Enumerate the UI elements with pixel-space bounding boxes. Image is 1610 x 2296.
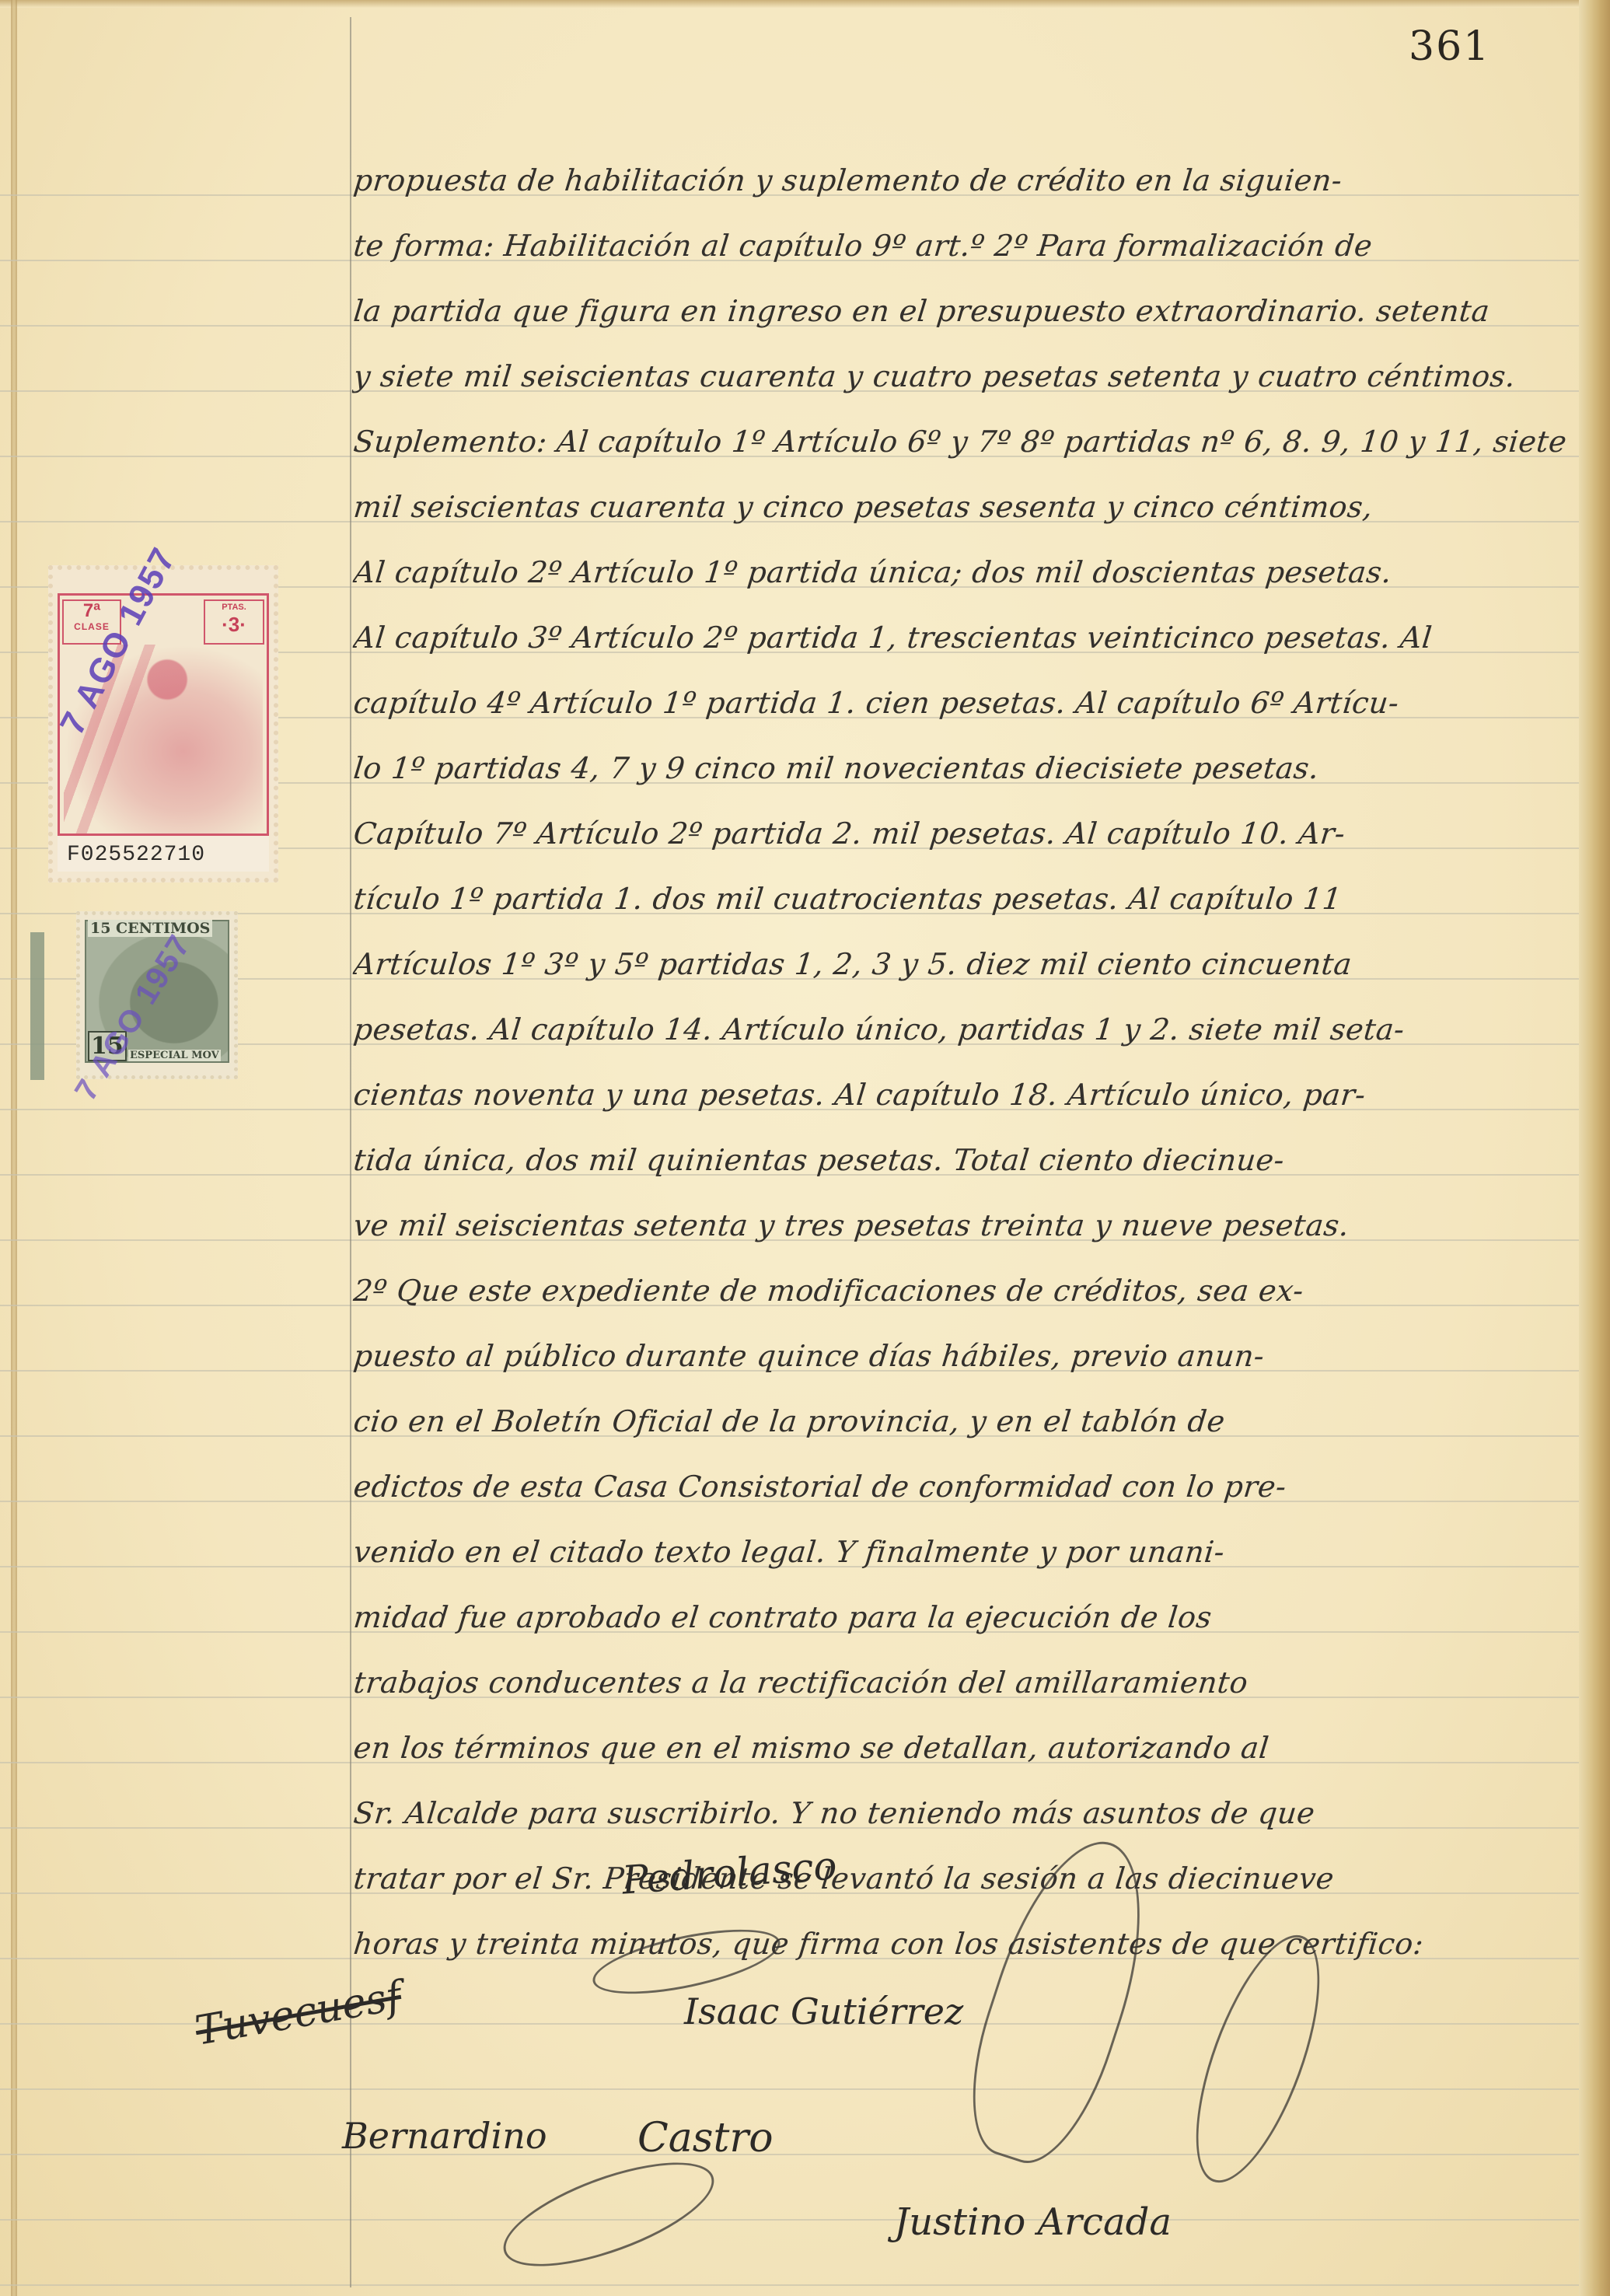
text-line: capítulo 4º Artículo 1º partida 1. cien … [351,670,1570,736]
text-line: trabajos conducentes a la rectificación … [351,1650,1570,1715]
stamp-stub [30,932,44,1080]
text-line: midad fue aprobado el contrato para la e… [351,1585,1570,1650]
signature: Castro [637,2115,774,2161]
binding-edge [11,0,17,2296]
handwritten-minutes: propuesta de habilitación y suplemento d… [354,148,1566,1976]
text-line: pesetas. Al capítulo 14. Artículo único,… [351,997,1570,1062]
signature-flourish [491,2141,726,2287]
text-line: Al capítulo 3º Artículo 2º partida 1, tr… [351,605,1570,670]
ruled-line [0,2154,1579,2155]
text-line: mil seiscientas cuarenta y cinco pesetas… [351,474,1570,540]
text-line: tratar por el Sr. Presidente se levantó … [351,1846,1570,1911]
text-line: la partida que figura en ingreso en el p… [351,278,1570,344]
text-line: Artículos 1º 3º y 5º partidas 1, 2, 3 y … [351,931,1570,997]
page-edge [1579,0,1610,2296]
text-line: cientas noventa y una pesetas. Al capítu… [351,1062,1570,1127]
text-line: edictos de esta Casa Consistorial de con… [351,1454,1570,1519]
stamp-serial: F025522710 [67,843,205,867]
stamp-value: ·3· [205,613,263,635]
signature: Bernardino [342,2115,547,2157]
text-line: propuesta de habilitación y suplemento d… [351,148,1570,213]
text-line: puesto al público durante quince días há… [351,1323,1570,1389]
stamp-currency-label: PTAS. [205,601,263,613]
text-line: ve mil seiscientas setenta y tres peseta… [351,1193,1570,1258]
text-line: y siete mil seiscientas cuarenta y cuatr… [351,344,1570,409]
text-line: 2º Que este expediente de modificaciones… [351,1258,1570,1323]
signature: Tuvecuesf [192,1973,405,2055]
page-number: 361 [1409,23,1490,70]
page-top-edge [0,0,1610,8]
text-line: horas y treinta minutos, que firma con l… [351,1911,1570,1976]
stamp-bottom-label: ESPECIAL MOV [128,1050,221,1061]
signature: Justino Arcada [894,2200,1172,2244]
text-line: venido en el citado texto legal. Y final… [351,1519,1570,1585]
text-line: Sr. Alcalde para suscribirlo. Y no tenie… [351,1781,1570,1846]
text-line: cio en el Boletín Oficial de la provinci… [351,1389,1570,1454]
text-line: tículo 1º partida 1. dos mil cuatrocient… [351,866,1570,931]
ruled-line [0,2284,1579,2286]
stamp-top-label: 15 CENTIMOS [88,920,212,937]
text-line: te forma: Habilitación al capítulo 9º ar… [351,213,1570,278]
text-line: en los términos que en el mismo se detal… [351,1715,1570,1781]
text-line: Al capítulo 2º Artículo 1º partida única… [351,540,1570,605]
stamp-value-box: PTAS. ·3· [204,599,264,645]
text-line: tida única, dos mil quinientas pesetas. … [351,1127,1570,1193]
document-page: 361 7ª CLASE PTAS. ·3· F025522710 7 AGO … [0,0,1610,2296]
ruled-line [0,2088,1579,2090]
margin-rule [350,17,351,2287]
signature: Isaac Gutiérrez [684,1990,963,2032]
text-line: lo 1º partidas 4, 7 y 9 cinco mil noveci… [351,736,1570,801]
text-line: Suplemento: Al capítulo 1º Artículo 6º y… [351,409,1570,474]
ruled-line [0,2219,1579,2221]
text-line: Capítulo 7º Artículo 2º partida 2. mil p… [351,801,1570,866]
